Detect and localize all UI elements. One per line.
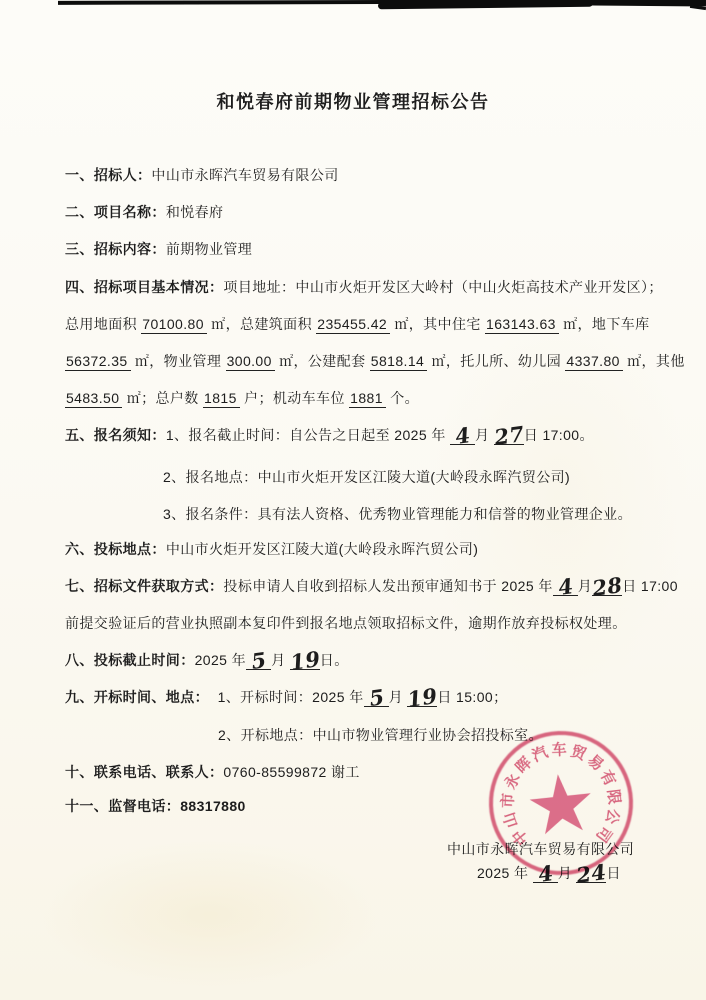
- paper-stain: [40, 840, 380, 990]
- line-docs-method-2: 前提交验证后的营业执照副本复印件到报名地点领取招标文件，逾期作放弃投标权处理。: [65, 614, 627, 632]
- line-signup-location: 2、报名地点：中山市火炬开发区江陵大道(大岭段永晖汽贸公司): [163, 468, 570, 486]
- line-project-info-2: 总用地面积 70100.80 ㎡，总建筑面积 235455.42 ㎡，其中住宅 …: [65, 315, 650, 333]
- line-bid-deadline: 八、投标截止时间：2025 年5月 19日。: [65, 651, 349, 670]
- line-contact-phone: 十、联系电话、联系人：0760-85599872 谢工: [65, 763, 360, 781]
- line-signup-deadline: 五、报名须知：1、报名截止时间：自公告之日起至 2025 年 4月 27日 17…: [65, 426, 594, 445]
- line-supervision-phone: 十一、监督电话：88317880: [65, 797, 246, 815]
- line-opening-time: 九、开标时间、地点： 1、开标时间：2025 年5月 19日 15:00；: [65, 688, 507, 707]
- line-tender-content: 三、招标内容：前期物业管理: [65, 240, 252, 258]
- company-seal: ★ 中山市永晖汽车贸易有限公司: [476, 718, 646, 888]
- line-bidder: 一、招标人：中山市永晖汽车贸易有限公司: [65, 166, 339, 184]
- line-bid-location: 六、投标地点：中山市火炬开发区江陵大道(大岭段永晖汽贸公司): [65, 540, 478, 558]
- line-signup-conditions: 3、报名条件：具有法人资格、优秀物业管理能力和信誉的物业管理企业。: [163, 505, 632, 523]
- scanned-document-page: 和悦春府前期物业管理招标公告 一、招标人：中山市永晖汽车贸易有限公司 二、项目名…: [0, 0, 706, 1000]
- line-project-info-3: 56372.35 ㎡，物业管理 300.00 ㎡，公建配套 5818.14 ㎡，…: [65, 352, 685, 370]
- seal-text: 中山市永晖汽车贸易有限公司: [476, 718, 640, 724]
- line-project-info-1: 四、招标项目基本情况：项目地址：中山市火炬开发区大岭村（中山火炬高技术产业开发区…: [65, 278, 663, 296]
- document-title: 和悦春府前期物业管理招标公告: [0, 88, 706, 114]
- scan-artifact-top-edge: [592, 0, 706, 6]
- star-icon: ★: [521, 762, 601, 849]
- line-project-info-4: 5483.50 ㎡；总户数 1815 户；机动车车位 1881 个。: [65, 389, 419, 407]
- line-docs-method-1: 七、招标文件获取方式：投标申请人自收到招标人发出预审通知书于 2025 年4月2…: [65, 577, 678, 596]
- scan-artifact-top-edge: [378, 0, 593, 9]
- line-project-name: 二、项目名称：和悦春府: [65, 203, 223, 221]
